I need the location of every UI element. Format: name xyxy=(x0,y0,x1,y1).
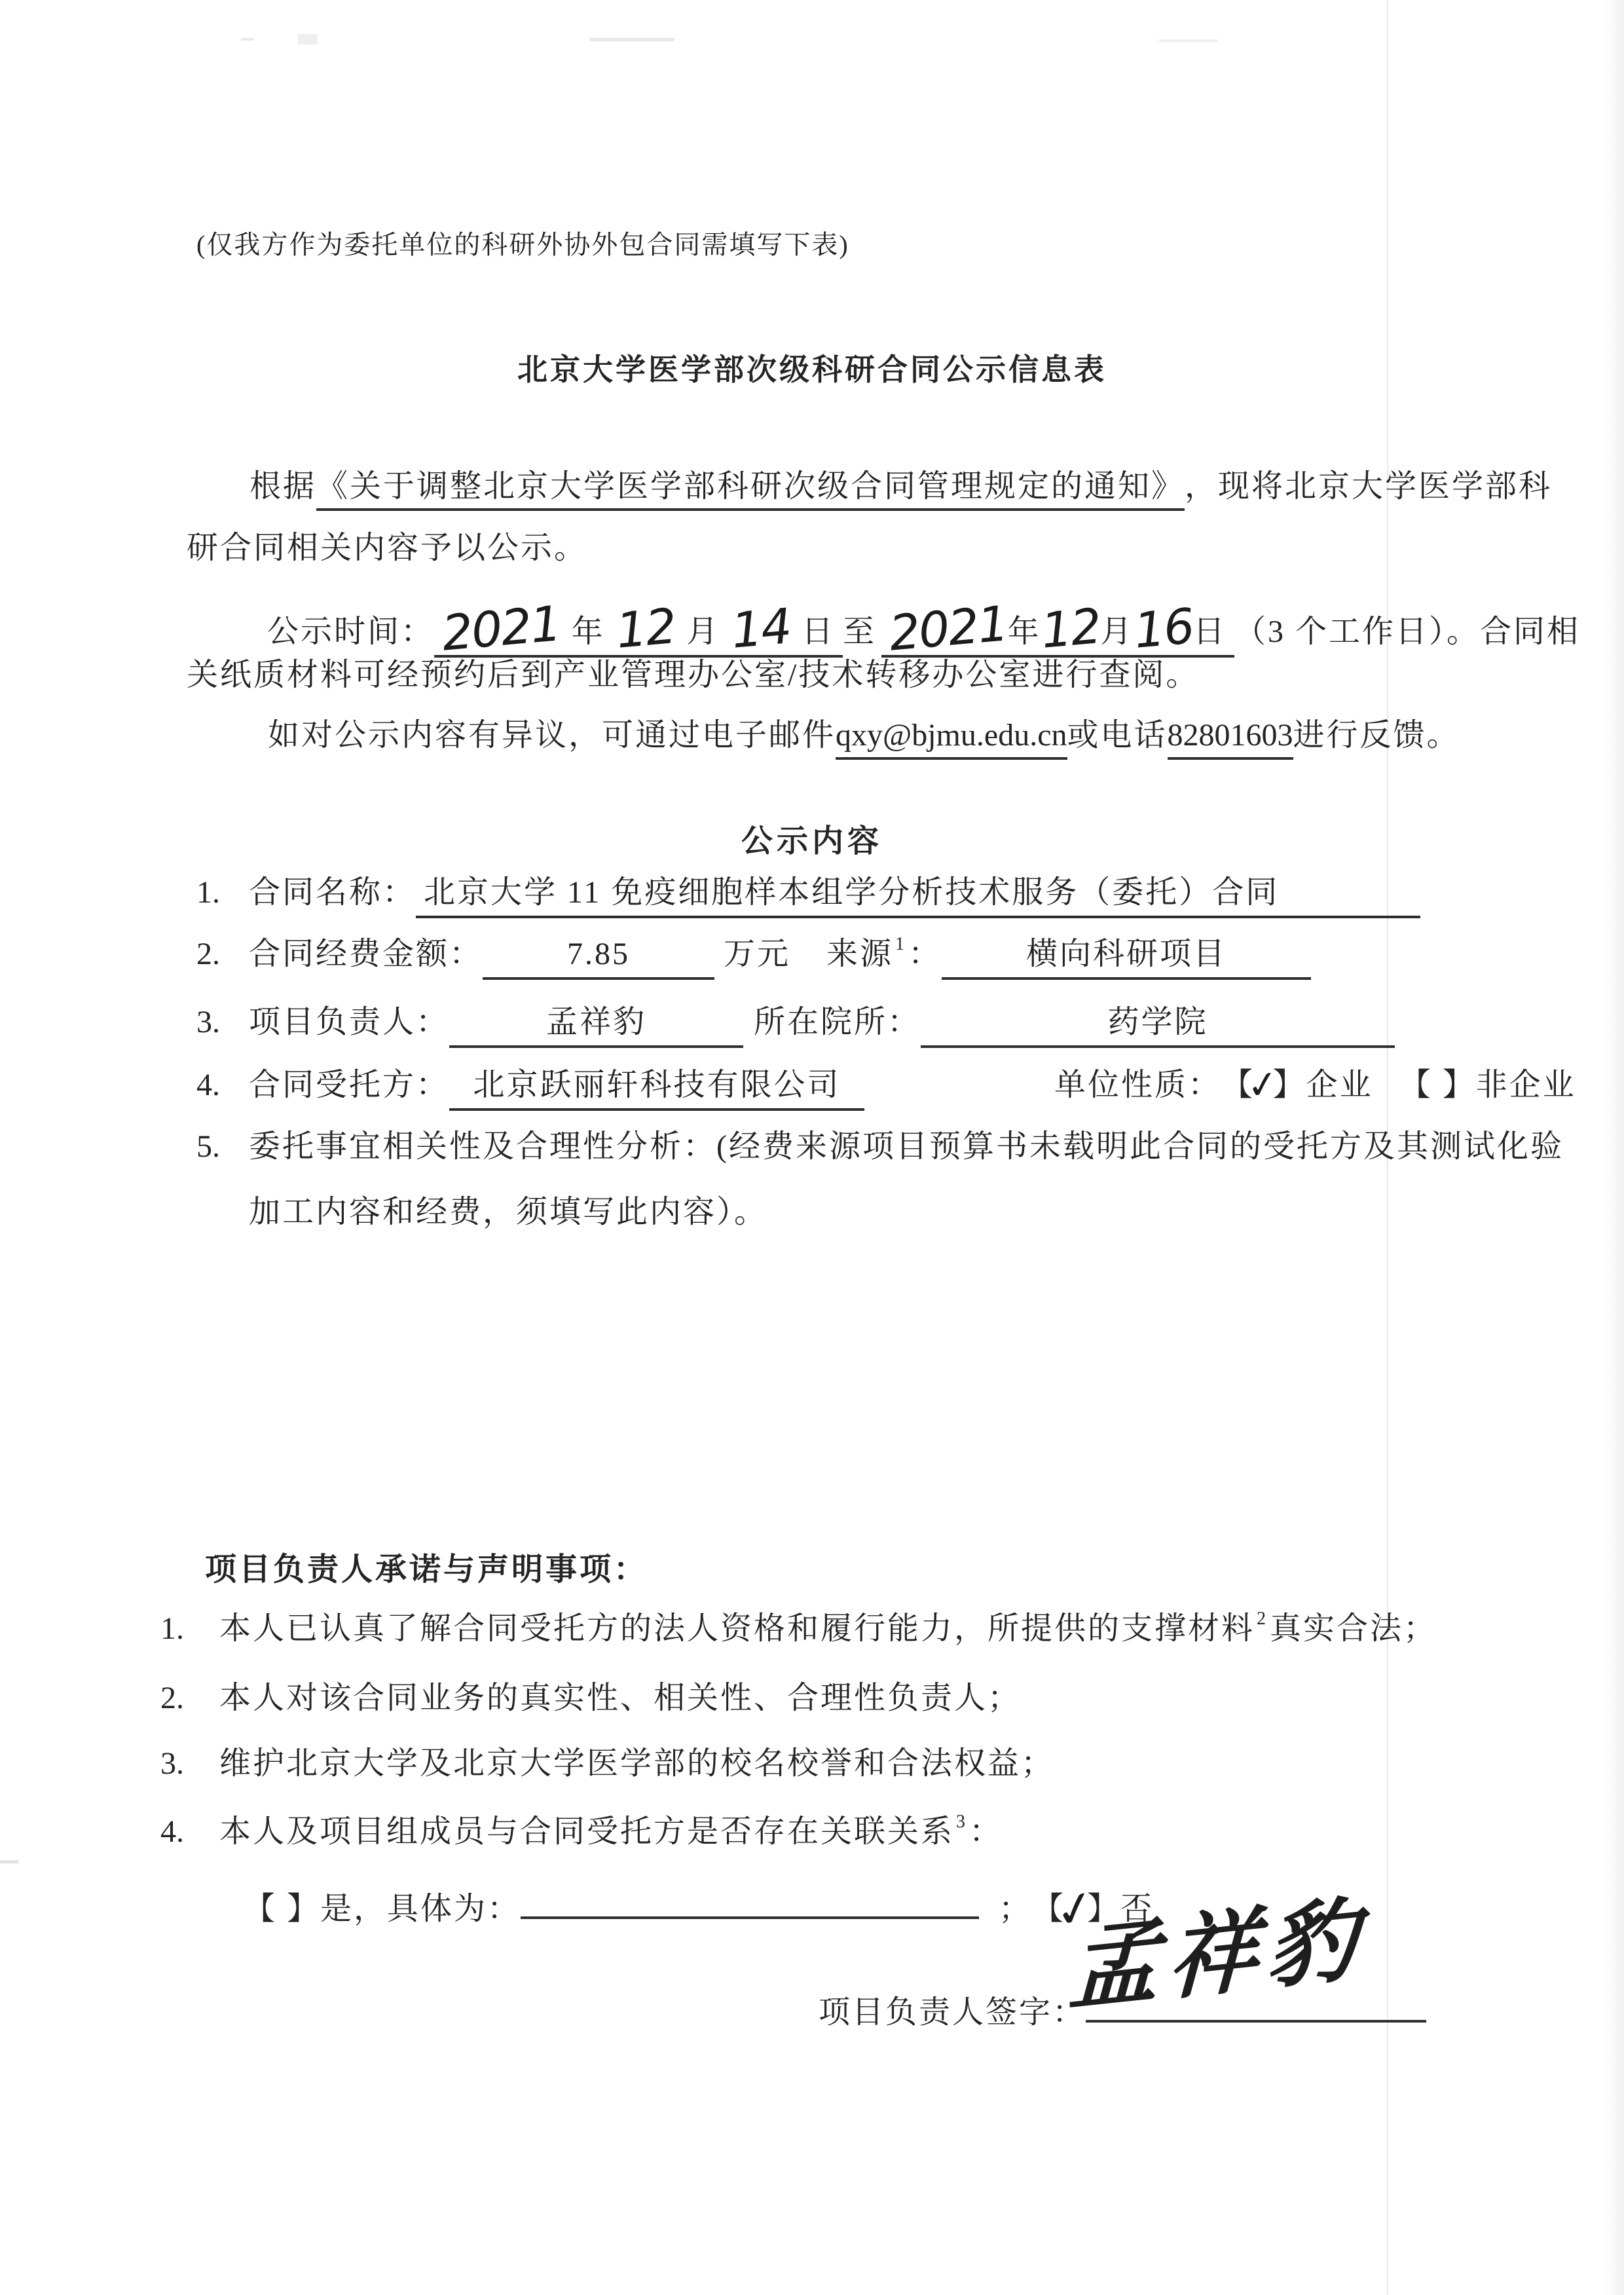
handwritten-month-from: 12 xyxy=(614,602,677,656)
item-number: 3. xyxy=(196,1002,249,1043)
declaration-text-3: 维护北京大学及北京大学医学部的校名校誉和合法权益； xyxy=(219,1744,1054,1784)
content-section-heading: 公示内容 xyxy=(0,815,1624,861)
declaration-text-1: 本人已认真了解合同受托方的法人资格和履行能力，所提供的支撑材料 xyxy=(219,1609,1255,1649)
day-label: 日 xyxy=(1193,612,1227,652)
date-to-connector: 至 xyxy=(843,612,876,652)
non-enterprise-checkbox: 【 】 xyxy=(1399,1065,1476,1106)
project-leader-underline: 孟祥豹 xyxy=(449,1002,743,1048)
item-number: 1. xyxy=(160,1609,219,1649)
footnote-marker-2: 2 xyxy=(1257,1607,1266,1631)
funding-source-label: 来源 xyxy=(826,934,893,975)
footnote-marker-1: 1 xyxy=(895,933,904,956)
funding-source-underline: 横向科研项目 xyxy=(942,934,1311,980)
declaration-item-2: 2. 本人对该合同业务的真实性、相关性、合理性负责人； xyxy=(160,1678,1021,1719)
item-number: 4. xyxy=(196,1065,249,1106)
item-number: 2. xyxy=(160,1678,219,1719)
date-to-underline: 2021 年 12 月 16 日 xyxy=(881,601,1234,658)
declaration-heading: 项目负责人承诺与声明事项： xyxy=(205,1550,648,1590)
publicity-period-line: 公示时间： 2021 年 12 月 14 日 至 2021 年 12 月 16 … xyxy=(267,601,1580,658)
item-number: 1. xyxy=(196,872,249,913)
list-item-contractor: 4. 合同受托方： 北京跃丽轩科技有限公司 单位性质： 【 ✓ 】 企业 【 】… xyxy=(196,1063,1576,1111)
declaration-item-3: 3. 维护北京大学及北京大学医学部的校名校誉和合法权益； xyxy=(160,1744,1054,1784)
day-label: 日 xyxy=(802,612,835,652)
contractor-label: 合同受托方： xyxy=(249,1065,449,1106)
project-leader-name: 孟祥豹 xyxy=(546,1002,646,1043)
yes-label: 是，具体为： xyxy=(320,1889,521,1930)
date-from-underline: 2021 年 12 月 14 日 xyxy=(434,601,843,658)
contract-name-label: 合同名称： xyxy=(249,872,416,913)
item-number: 5. xyxy=(196,1127,249,1167)
scanned-document-page: (仅我方作为委托单位的科研外协外包合同需填写下表) 北京大学医学部次级科研合同公… xyxy=(0,0,1624,2295)
feedback-suffix: 进行反馈。 xyxy=(1293,715,1460,756)
declaration-suffix-1: 真实合法； xyxy=(1270,1609,1437,1649)
relation-semicolon: ； xyxy=(999,1889,1032,1930)
item-number: 3. xyxy=(160,1744,219,1784)
project-leader-label: 项目负责人： xyxy=(249,1002,449,1043)
scan-speck xyxy=(0,1860,18,1863)
list-item-contract-name: 1. 合同名称： 北京大学 11 免疫细胞样本组学分析技术服务（委托）合同 xyxy=(196,872,1420,918)
year-label: 年 xyxy=(1008,612,1041,652)
signature-blank xyxy=(1086,2016,1426,2023)
declaration-item-4: 4. 本人及项目组成员与合同受托方是否存在关联关系 3 ： xyxy=(160,1812,1003,1852)
month-label: 月 xyxy=(686,612,720,652)
scan-speck xyxy=(589,38,674,41)
top-note: (仅我方作为委托单位的科研外协外包合同需填写下表) xyxy=(196,224,849,261)
contract-amount-underline: 7.85 xyxy=(483,934,714,980)
yes-checkbox: 【 】 xyxy=(244,1889,320,1930)
funding-source-colon: ： xyxy=(908,934,942,975)
item-number: 4. xyxy=(160,1812,219,1852)
item-number: 2. xyxy=(196,934,249,975)
signature-label: 项目负责人签字： xyxy=(819,1992,1086,2033)
document-title: 北京大学医学部次级科研合同公示信息表 xyxy=(0,346,1624,389)
feedback-prefix: 如对公示内容有异议，可通过电子邮件 xyxy=(268,715,836,756)
contract-name-underline: 北京大学 11 免疫细胞样本组学分析技术服务（委托）合同 xyxy=(416,872,1420,918)
analysis-line-1: 委托事宜相关性及合理性分析：(经费来源项目预算书未载明此合同的受托方及其测试化验 xyxy=(249,1127,1564,1167)
intro-line-1: 根据 《关于调整北京大学医学部科研次级合同管理规定的通知》 ，现将北京大学医学部… xyxy=(249,466,1552,511)
enterprise-checkmark: ✓ xyxy=(1244,1064,1283,1106)
intro-rest: ，现将北京大学医学部科 xyxy=(1185,466,1552,507)
declaration-suffix-4: ： xyxy=(969,1812,1003,1852)
amount-unit: 万元 xyxy=(724,934,790,975)
department-label: 所在院所： xyxy=(754,1002,921,1043)
publicity-period-line-2: 关纸质材料可经预约后到产业管理办公室/技术转移办公室进行查阅。 xyxy=(187,655,1199,696)
list-item-project-leader: 3. 项目负责人： 孟祥豹 所在院所： 药学院 xyxy=(196,1002,1395,1048)
footnote-marker-3: 3 xyxy=(956,1810,965,1834)
handwritten-year-from: 2021 xyxy=(440,599,562,658)
department-underline: 药学院 xyxy=(921,1002,1395,1048)
enterprise-option-label: 企业 xyxy=(1306,1065,1373,1106)
feedback-line: 如对公示内容有异议，可通过电子邮件 qxy@bjmu.edu.cn 或电话 82… xyxy=(268,715,1460,760)
feedback-phone: 82801603 xyxy=(1168,715,1293,760)
non-enterprise-option-label: 非企业 xyxy=(1476,1065,1576,1106)
handwritten-day-to: 16 xyxy=(1132,602,1195,656)
publicity-period-suffix: （3 个工作日）。合同相 xyxy=(1234,612,1580,652)
contract-amount-label: 合同经费金额： xyxy=(249,934,483,975)
intro-line-2: 研合同相关内容予以公示。 xyxy=(187,528,587,569)
relation-answer-line: 【 】 是，具体为： ； 【 ✓ 】 否 xyxy=(244,1878,1154,1930)
scan-speck xyxy=(1159,39,1218,42)
year-label: 年 xyxy=(572,612,605,652)
analysis-line-2: 加工内容和经费，须填写此内容）。 xyxy=(249,1192,767,1233)
declaration-item-1: 1. 本人已认真了解合同受托方的法人资格和履行能力，所提供的支撑材料 2 真实合… xyxy=(160,1609,1437,1649)
feedback-mid: 或电话 xyxy=(1067,715,1168,756)
relation-detail-blank xyxy=(521,1912,979,1919)
contractor-name: 北京跃丽轩科技有限公司 xyxy=(473,1065,841,1106)
referenced-notice-title: 《关于调整北京大学医学部科研次级合同管理规定的通知》 xyxy=(316,466,1185,511)
publicity-period-label: 公示时间： xyxy=(267,612,434,652)
handwritten-day-from: 14 xyxy=(729,602,792,656)
list-item-analysis: 5. 委托事宜相关性及合理性分析：(经费来源项目预算书未载明此合同的受托方及其测… xyxy=(196,1127,1564,1167)
intro-prefix: 根据 xyxy=(249,466,316,507)
month-label: 月 xyxy=(1100,612,1134,652)
scan-speck xyxy=(241,38,254,41)
scan-speck xyxy=(298,34,318,45)
declaration-text-4: 本人及项目组成员与合同受托方是否存在关联关系 xyxy=(219,1812,954,1852)
list-item-contract-amount: 2. 合同经费金额： 7.85 万元 来源 1 ： 横向科研项目 xyxy=(196,934,1311,980)
entity-nature-label: 单位性质： xyxy=(1054,1065,1221,1106)
feedback-email: qxy@bjmu.edu.cn xyxy=(836,715,1067,760)
scan-artifact-edge-shadow xyxy=(1603,0,1624,2295)
handwritten-year-to: 2021 xyxy=(887,599,1009,658)
contractor-underline: 北京跃丽轩科技有限公司 xyxy=(449,1065,864,1111)
department-value: 药学院 xyxy=(1108,1002,1208,1043)
handwritten-month-to: 12 xyxy=(1039,602,1102,656)
contract-amount-value: 7.85 xyxy=(567,934,630,975)
contract-name-value: 北京大学 11 免疫细胞样本组学分析技术服务（委托）合同 xyxy=(424,872,1279,913)
funding-source-value: 横向科研项目 xyxy=(1026,934,1227,975)
declaration-text-2: 本人对该合同业务的真实性、相关性、合理性负责人； xyxy=(219,1678,1021,1719)
